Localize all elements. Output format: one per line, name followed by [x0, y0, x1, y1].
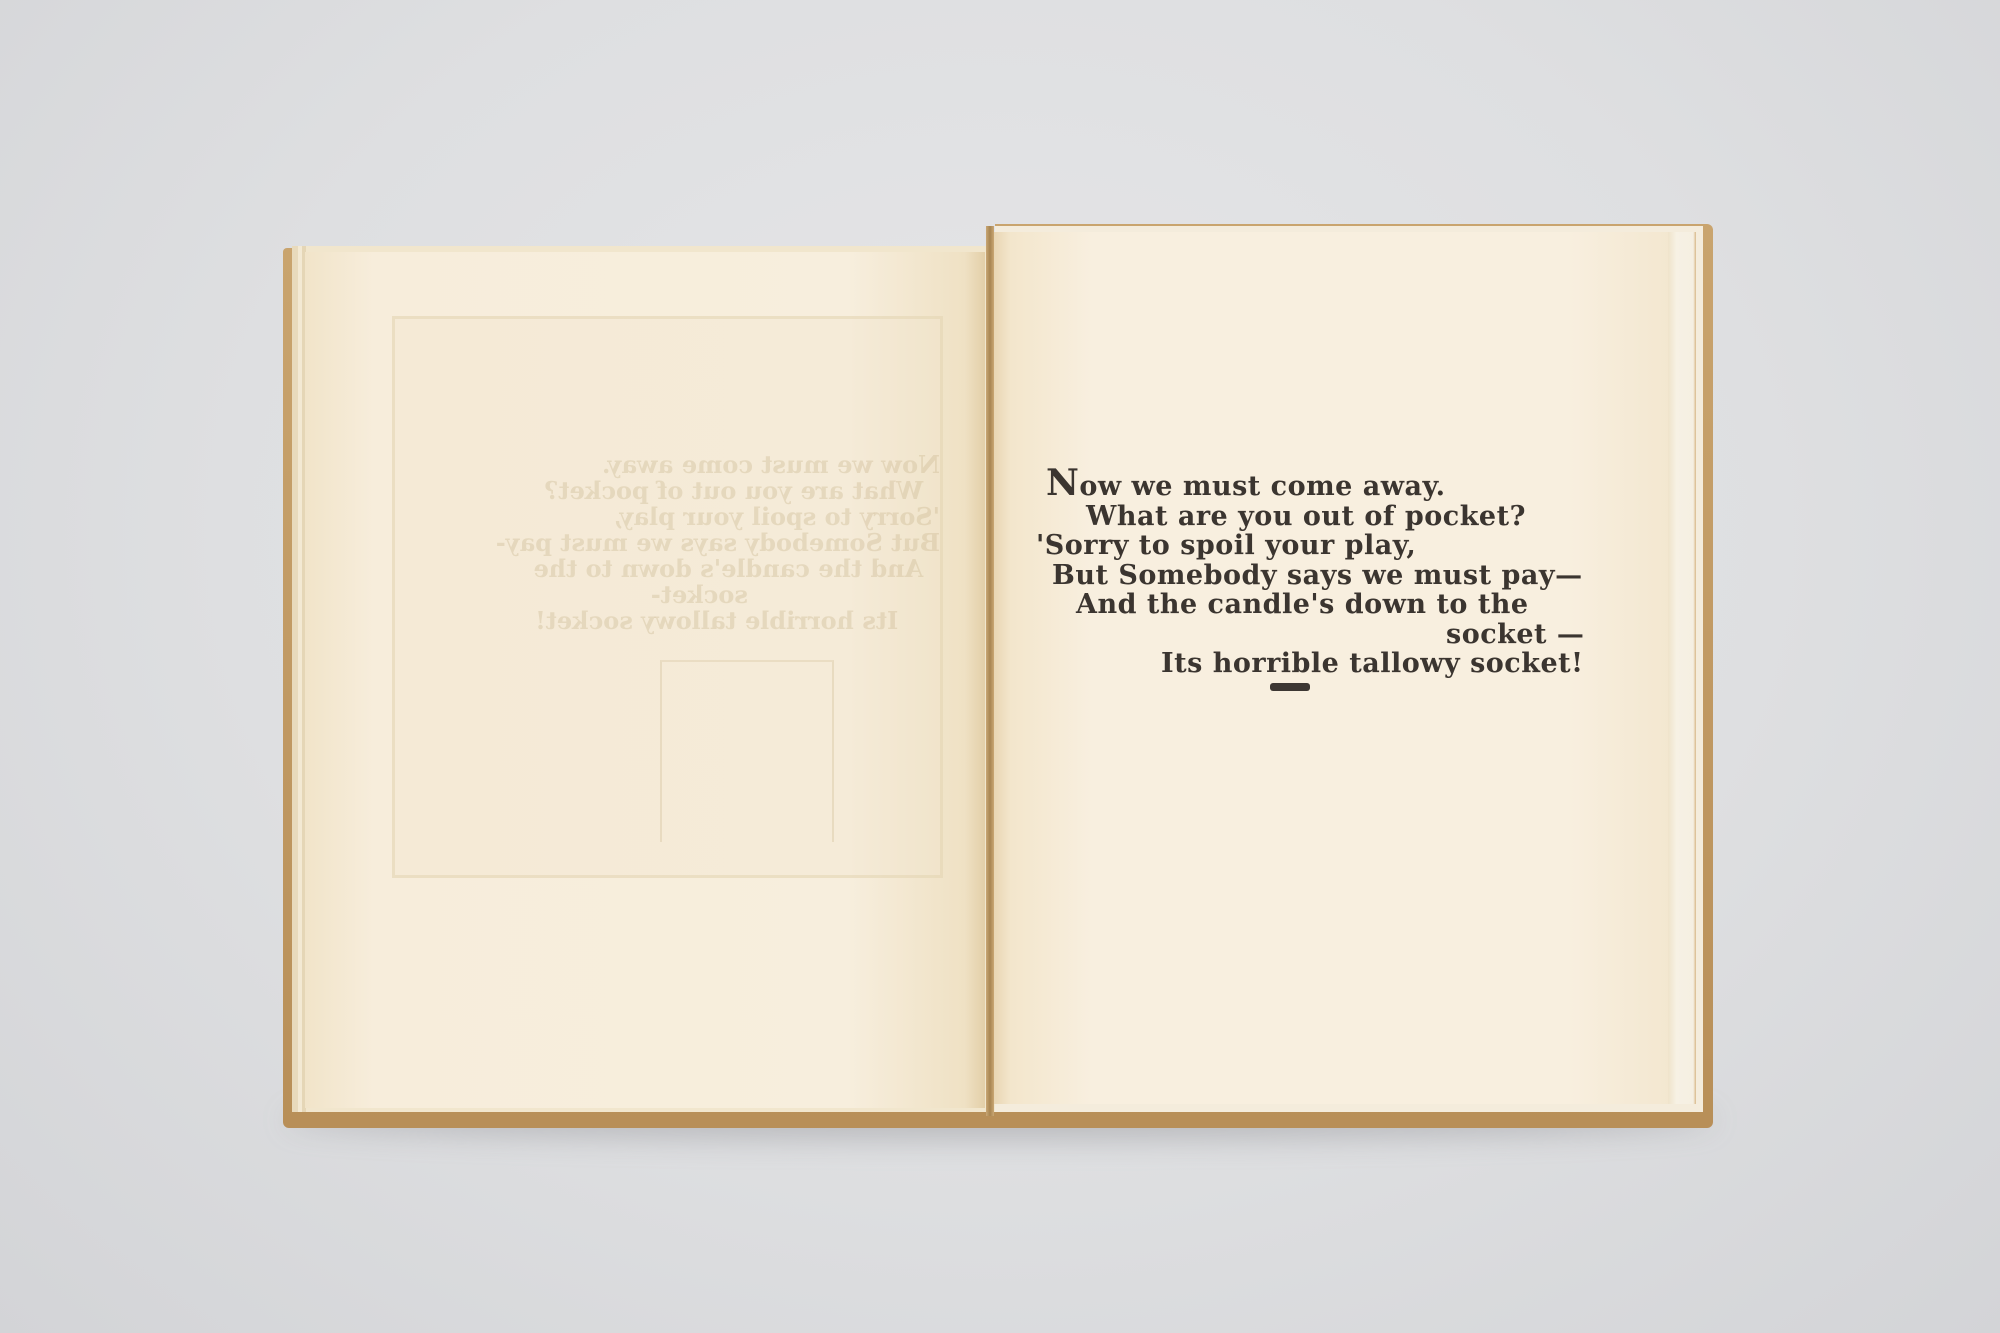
poem: Now we must come away. What are you out … — [1046, 469, 1606, 679]
book-gutter — [986, 226, 994, 1116]
poem-line-4: But Somebody says we must pay— — [1046, 561, 1606, 591]
poem-line-3: 'Sorry to spoil your play, — [1036, 531, 1606, 561]
poem-line-1: Now we must come away. — [1046, 469, 1606, 502]
illustration-figure-outline — [660, 660, 834, 842]
mirrored-poem-show-through: Now we must come away. What are you out … — [390, 452, 940, 634]
poem-line-6: socket — — [1046, 620, 1606, 650]
poem-line-2: What are you out of pocket? — [1046, 502, 1606, 532]
poem-line-7: Its horrible tallowy socket! — [1046, 649, 1606, 679]
poem-line-5: And the candle's down to the — [1046, 590, 1606, 620]
drop-capital: N — [1046, 462, 1079, 504]
end-ornament-rule — [1270, 683, 1310, 691]
right-flyleaf-edge — [1668, 232, 1696, 1104]
